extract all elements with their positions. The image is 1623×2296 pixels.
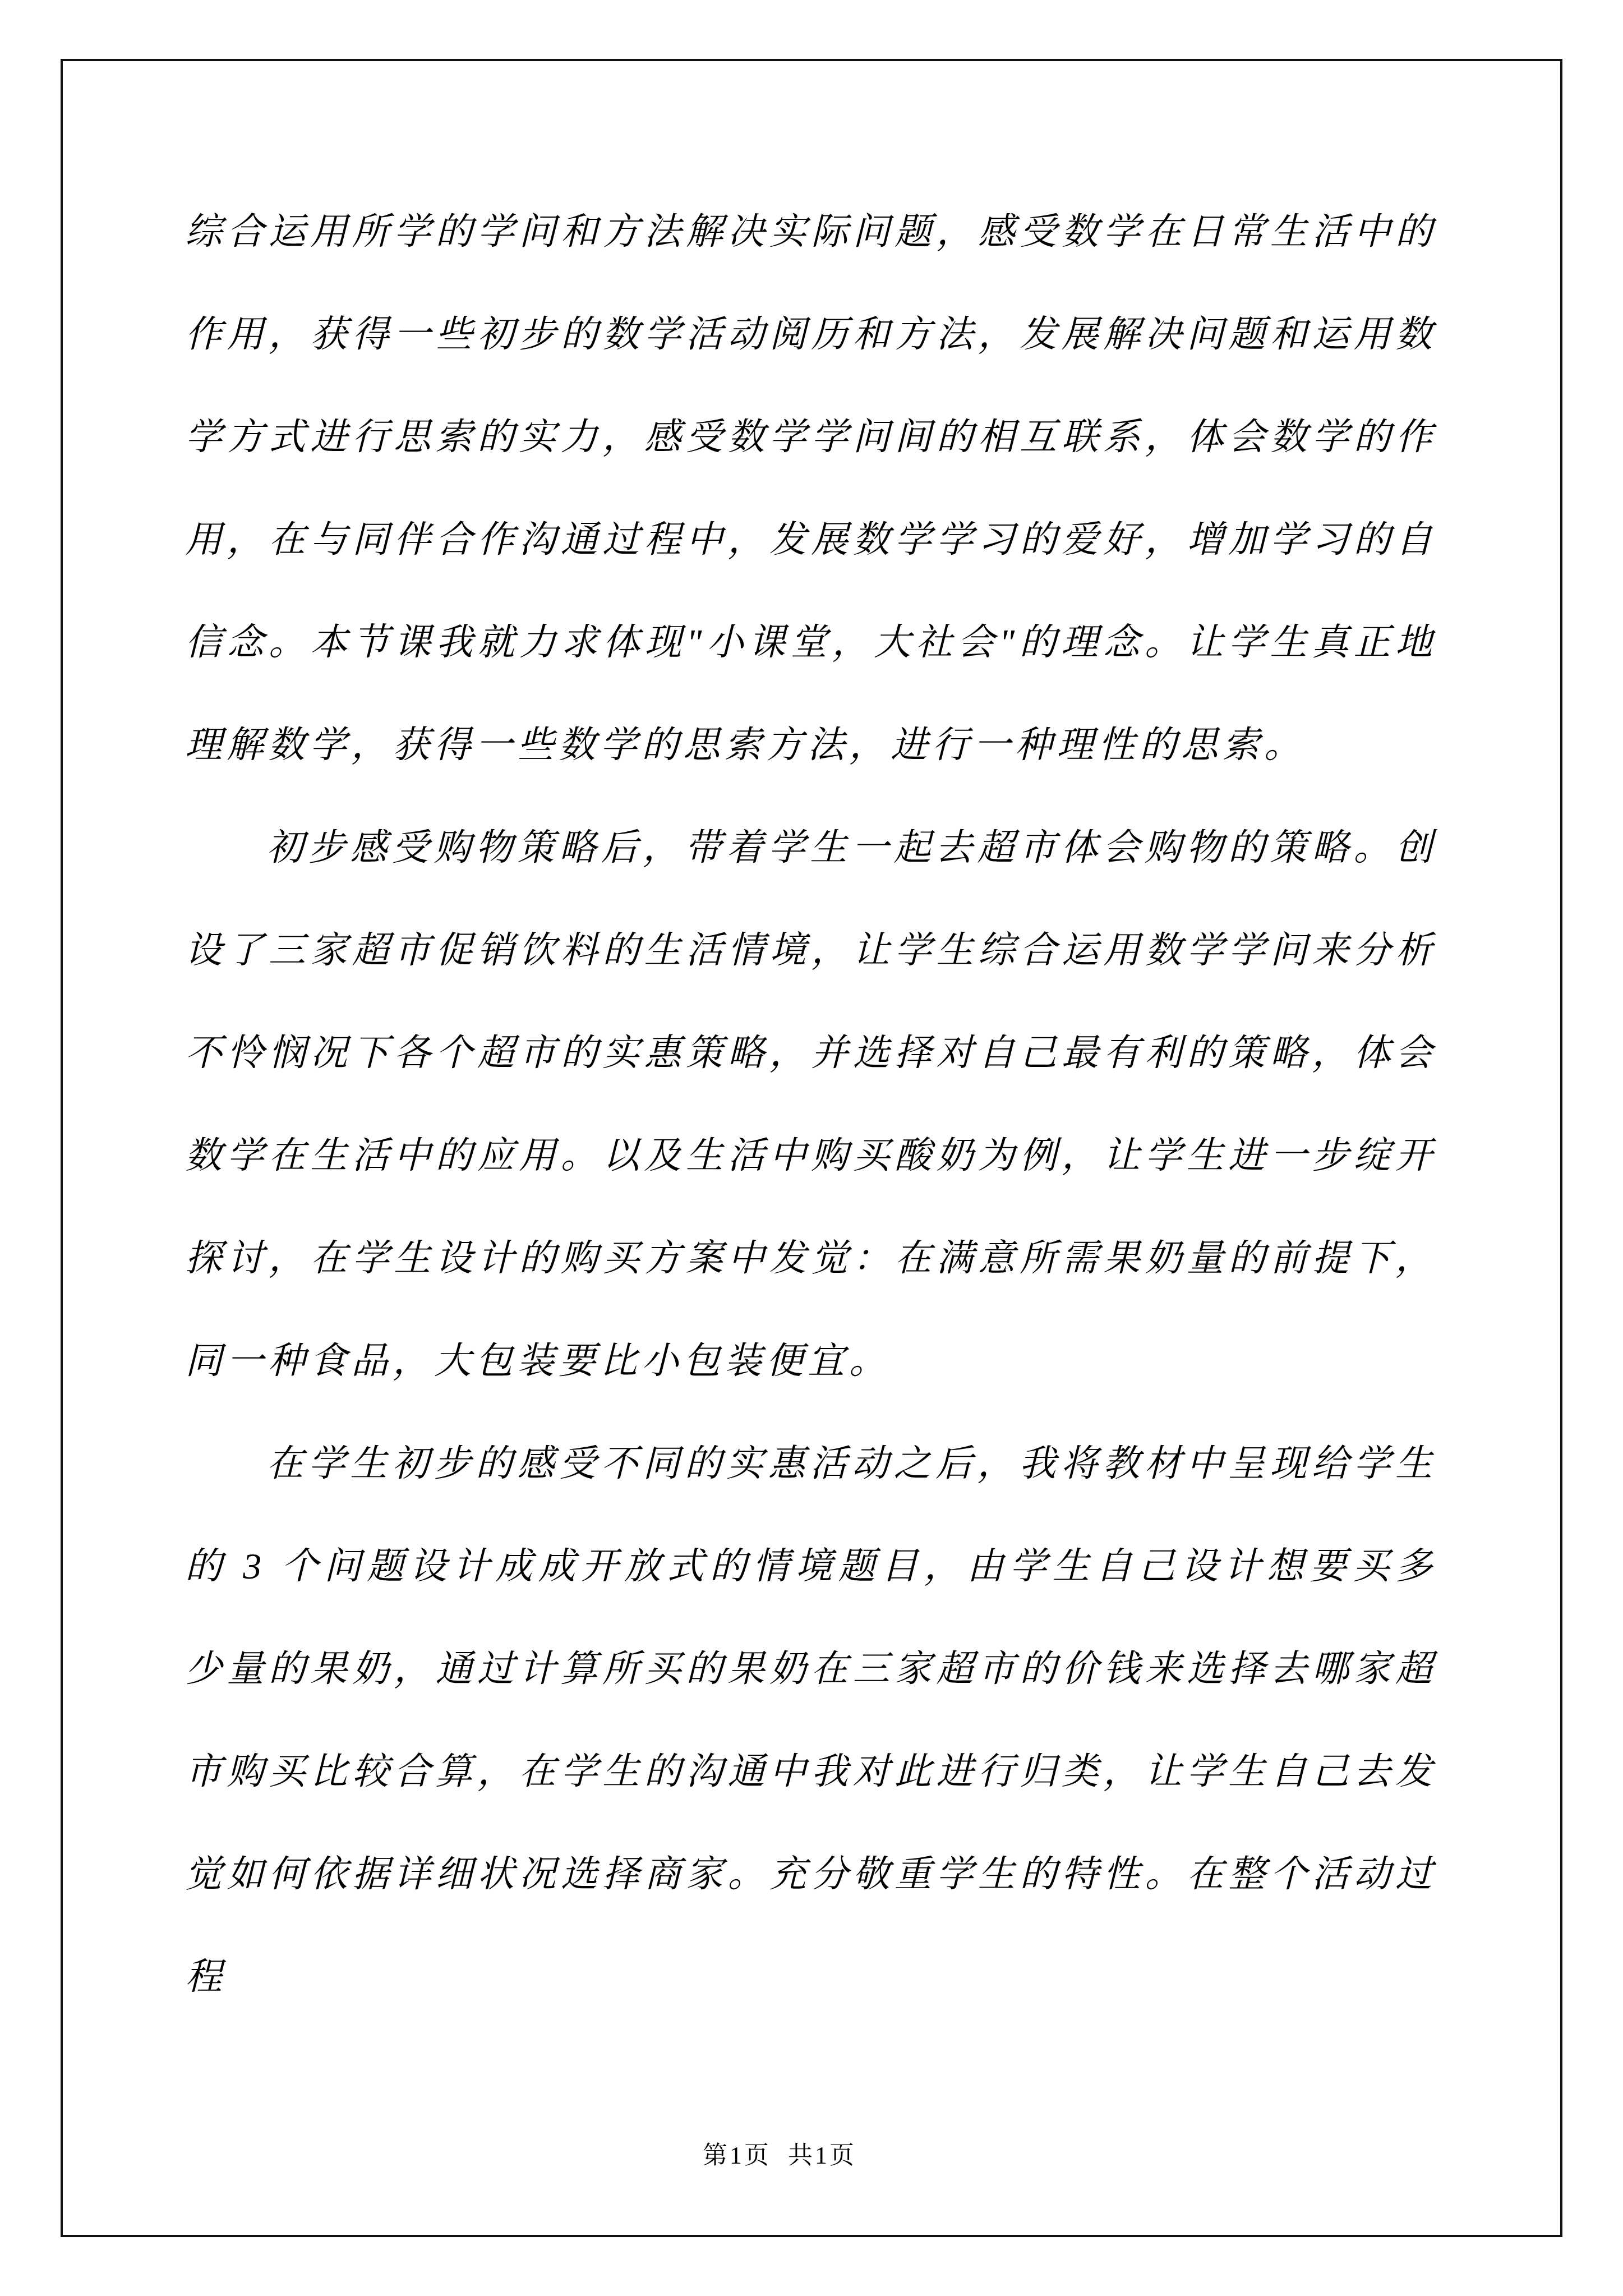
paragraph-1: 综合运用所学的学问和方法解决实际问题，感受数学在日常生活中的作用，获得一些初步的… [185,181,1437,797]
page-number-footer: 第1页 共1页 [703,2135,856,2171]
paragraph-2: 初步感受购物策略后，带着学生一起去超市体会购物的策略。创设了三家超市促销饮料的生… [185,797,1437,1412]
document-page: 综合运用所学的学问和方法解决实际问题，感受数学在日常生活中的作用，获得一些初步的… [0,0,1623,2296]
paragraph-3: 在学生初步的感受不同的实惠活动之后，我将教材中呈现给学生的 3 个问题设计成成开… [185,1412,1437,2028]
document-body: 综合运用所学的学问和方法解决实际问题，感受数学在日常生活中的作用，获得一些初步的… [185,181,1437,2028]
